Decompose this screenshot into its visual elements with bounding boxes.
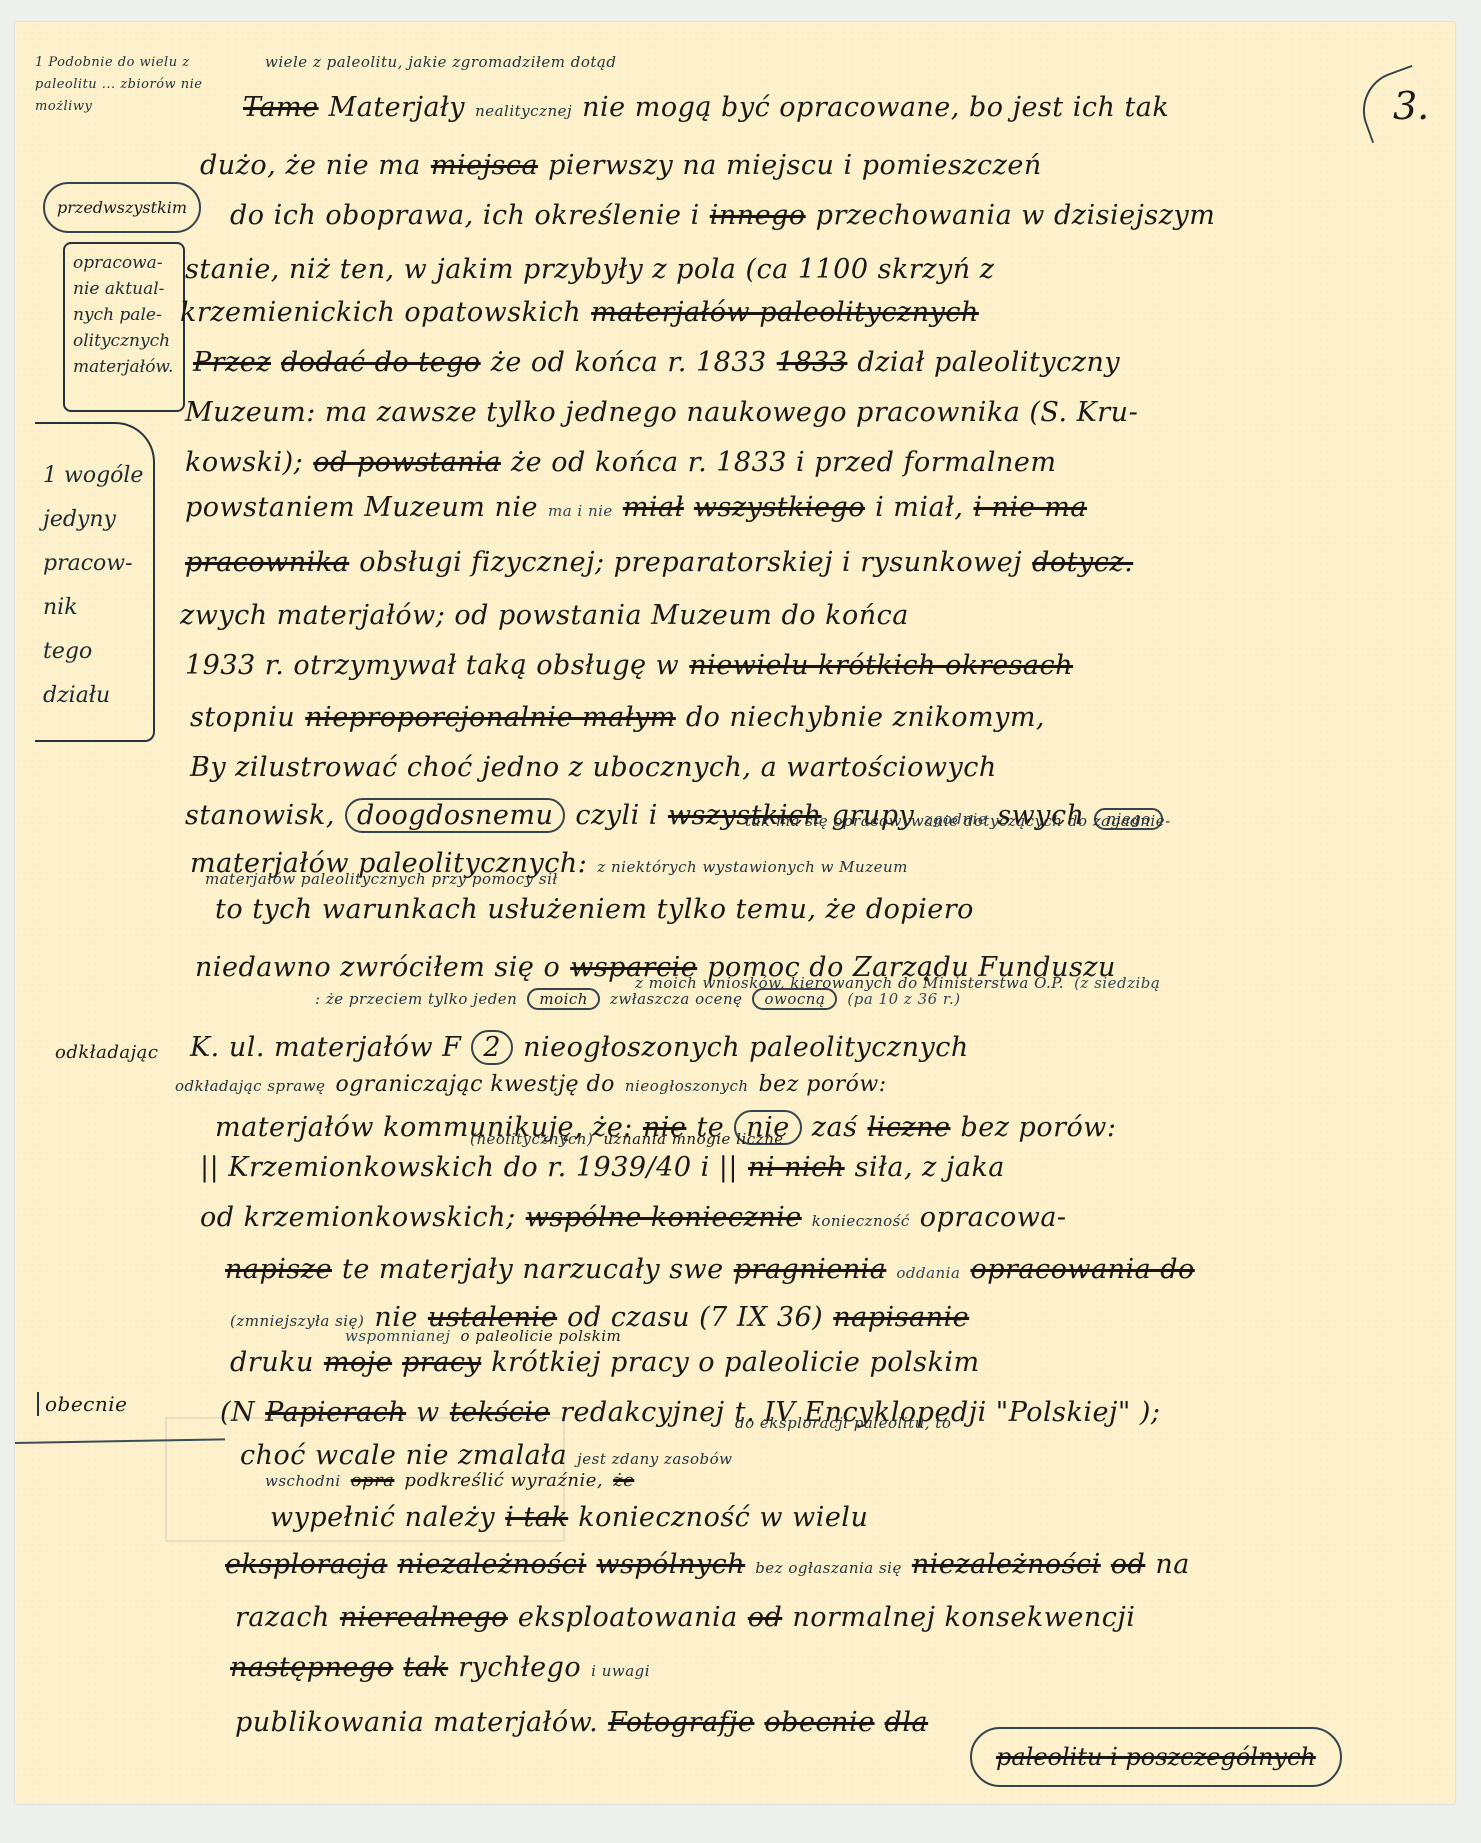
struck-text: i nie ma	[973, 492, 1087, 523]
circled-text: owocną	[752, 988, 837, 1010]
struck-text: tak	[403, 1652, 448, 1683]
line-text: || Krzemionkowskich do r. 1939/40 i ||	[200, 1152, 738, 1183]
line-text: redakcyjnej	[560, 1397, 725, 1428]
line-text: eksploatowania	[518, 1602, 738, 1633]
margin-box-opracowanie: opracowa- nie aktual- nych pale- olitycz…	[63, 242, 185, 412]
line-text: że od końca r. 1833 i przed formalnem	[511, 447, 1057, 478]
line-text: pierwszy na miejscu i pomieszczeń	[548, 150, 1042, 181]
manuscript-line: By zilustrować choć jedno z ubocznych, a…	[190, 752, 1007, 783]
manuscript-line: następnegotakrychłegoi uwagi	[230, 1652, 660, 1683]
margin-line: olitycznych	[73, 328, 175, 354]
line-text: stanowisk,	[185, 800, 335, 831]
line-text: druku	[230, 1347, 314, 1378]
margin-line: działu	[43, 674, 145, 718]
line-text: (z siedzibą	[1074, 974, 1160, 992]
circled-text: doogdosnemu	[345, 798, 565, 833]
line-text: że od końca r. 1833	[491, 347, 767, 378]
manuscript-line: od krzemionkowskich;wspólne koniecznieko…	[200, 1202, 1077, 1233]
line-text: stopniu	[190, 702, 295, 733]
line-text: oddania	[896, 1264, 960, 1282]
manuscript-line: 1933 r. otrzymywał taką obsługę wniewiel…	[185, 650, 1083, 681]
line-text: : że przeciem tylko jeden	[315, 990, 517, 1008]
struck-text: Tame	[243, 92, 319, 123]
struck-text: dotycz.	[1032, 547, 1133, 578]
manuscript-line: Muzeum: ma zawsze tylko jednego naukoweg…	[185, 397, 1148, 428]
line-text: dział paleolityczny	[857, 347, 1120, 378]
manuscript-line: krzemienickich opatowskichmaterjałów pal…	[180, 297, 989, 328]
manuscript-line: : że przeciem tylko jedenmoichzwłaszcza …	[315, 990, 971, 1008]
struck-text: moje	[324, 1347, 392, 1378]
struck-text: wszystkiego	[694, 492, 865, 523]
struck-text: niezależności	[397, 1549, 586, 1580]
struck-text: Przez	[193, 347, 271, 378]
manuscript-line: stopniunieproporcjonalnie małymdo niechy…	[190, 702, 1055, 733]
line-text: kowski);	[185, 447, 303, 478]
manuscript-line: tak ma się opracowywanie dotyczących do …	[745, 812, 1181, 830]
struck-text: miejsca	[431, 150, 538, 181]
margin-line: nych pale-	[73, 302, 175, 328]
margin-line: materjałów.	[73, 354, 175, 380]
struck-text: napisze	[225, 1254, 332, 1285]
line-text: od krzemionkowskich;	[200, 1202, 516, 1233]
line-text: jest zdany zasobów	[577, 1450, 732, 1468]
manuscript-line: do ich oboprawa, ich określenie iinnegop…	[230, 200, 1225, 231]
manuscript-line: drukumojepracykrótkiej pracy o paleolici…	[230, 1347, 990, 1378]
line-text: bez ogłaszania się	[755, 1559, 902, 1577]
margin-note-obecnie: obecnie	[37, 1392, 128, 1416]
bottom-circled-note-text: paleolitu i poszczególnych	[996, 1743, 1316, 1771]
margin-line: 1 wogóle	[43, 454, 145, 498]
manuscript-line: || Krzemionkowskich do r. 1939/40 i ||ni…	[200, 1152, 1015, 1183]
struck-text: pracy	[402, 1347, 481, 1378]
line-text: krzemienickich opatowskich	[180, 297, 581, 328]
circled-text: moich	[527, 988, 600, 1010]
line-text: krótkiej pracy o paleolicie polskim	[491, 1347, 979, 1378]
manuscript-line: wiele z paleolitu, jakie zgromadziłem do…	[265, 52, 626, 72]
manuscript-line: razachnierealnegoeksploatowaniaodnormaln…	[235, 1602, 1145, 1633]
manuscript-line: to tych warunkach usłużeniem tylko temu,…	[215, 894, 984, 925]
manuscript-line: TameMaterjałynealitycznejnie mogą być op…	[243, 92, 1179, 123]
manuscript-line: pracownikaobsługi fizycznej; preparators…	[185, 547, 1143, 578]
line-text: zaś	[812, 1112, 858, 1143]
struck-text: 1833	[777, 347, 848, 378]
line-text: siła, z jaka	[855, 1152, 1005, 1183]
struck-text: od	[748, 1602, 783, 1633]
line-text: czyli i	[575, 800, 658, 831]
line-text: zwych materjałów; od powstania Muzeum do…	[180, 600, 909, 631]
manuscript-line: choć wcale nie zmalałajest zdany zasobów	[240, 1440, 743, 1471]
line-text: nieogłoszonych	[625, 1077, 749, 1095]
line-text: o paleolicie polskim	[460, 1327, 621, 1345]
line-text: normalnej konsekwencji	[792, 1602, 1135, 1633]
line-text: wspomnianej	[345, 1327, 450, 1345]
line-text: razach	[235, 1602, 330, 1633]
manuscript-line: napiszete materjały narzucały swepragnie…	[225, 1254, 1205, 1285]
margin-line: jedyny	[43, 498, 145, 542]
struck-text: niezależności	[912, 1549, 1101, 1580]
line-text: dużo, że nie ma	[200, 150, 421, 181]
struck-text: niewielu krótkich okresach	[689, 650, 1073, 681]
line-text: odkładając sprawę	[175, 1077, 325, 1095]
struck-text: opracowania do	[970, 1254, 1194, 1285]
line-text: wschodni	[265, 1472, 341, 1490]
line-text: uznania mnogie liczne	[603, 1130, 783, 1148]
line-text: ma i nie	[548, 502, 613, 520]
line-text: Muzeum: ma zawsze tylko jednego naukoweg…	[185, 397, 1138, 428]
line-text: do niechybnie znikomym,	[686, 702, 1045, 733]
line-text: (N	[220, 1397, 255, 1428]
line-text: materjałów paleolitycznych przy pomocy s…	[205, 870, 558, 888]
line-text: bez porów:	[759, 1072, 887, 1097]
struck-text: wspólnych	[596, 1549, 745, 1580]
struck-text: tekście	[450, 1397, 550, 1428]
struck-text: eksploracja	[225, 1549, 387, 1580]
line-text: wiele z paleolitu, jakie zgromadziłem do…	[265, 53, 616, 71]
manuscript-line: kowski);od powstaniaże od końca r. 1833 …	[185, 447, 1066, 478]
line-text: nealitycznej	[475, 102, 572, 120]
line-text: konieczność	[812, 1212, 910, 1230]
line-text: przechowania w dzisiejszym	[816, 200, 1216, 231]
circled-text: 2	[471, 1030, 513, 1065]
line-text: tak ma się opracowywanie dotyczących do …	[745, 812, 1171, 830]
struck-text: materjałów paleolitycznych	[591, 297, 979, 328]
manuscript-line: powstaniem Muzeum niema i niemiałwszystk…	[185, 492, 1097, 523]
margin-line: nie aktual-	[73, 276, 175, 302]
margin-box-jedyny: 1 wogóle jedyny pracow- nik tego działu	[35, 422, 155, 742]
struck-text: pragnienia	[734, 1254, 887, 1285]
manuscript-line: zwych materjałów; od powstania Muzeum do…	[180, 600, 919, 631]
line-text: niedawno zwróciłem się o	[195, 952, 560, 983]
struck-text: obecnie	[764, 1707, 874, 1738]
line-text: do eksploracji paleolitu, to	[735, 1414, 951, 1432]
manuscript-sheet: 3. 1 Podobnie do wielu z paleolitu ... z…	[15, 22, 1455, 1804]
line-text: opracowa-	[920, 1202, 1067, 1233]
margin-note-odkladajac: odkładając	[55, 1042, 158, 1063]
struck-text: innego	[710, 200, 806, 231]
manuscript-line: do eksploracji paleolitu, to	[735, 1414, 961, 1432]
manuscript-line: stanie, niż ten, w jakim przybyły z pola…	[185, 254, 1004, 285]
struck-text: liczne	[867, 1112, 950, 1143]
struck-text: dla	[885, 1707, 929, 1738]
line-text: to tych warunkach usłużeniem tylko temu,…	[215, 894, 974, 925]
manuscript-line: wspomnianejo paleolicie polskim	[345, 1327, 631, 1345]
line-text: nieogłoszonych paleolitycznych	[523, 1032, 969, 1063]
manuscript-line: dużo, że nie mamiejscapierwszy na miejsc…	[200, 150, 1052, 181]
struck-text: pracownika	[185, 547, 349, 578]
line-text: publikowania materjałów.	[235, 1707, 598, 1738]
line-text: i miał,	[875, 492, 963, 523]
line-text: i uwagi	[591, 1662, 650, 1680]
manuscript-line: (neolitycznych)uznania mnogie liczne	[470, 1130, 794, 1148]
line-text: do ich oboprawa, ich określenie i	[230, 200, 700, 231]
margin-line: tego	[43, 630, 145, 674]
line-text: K. ul. materjałów F	[190, 1032, 461, 1063]
struck-text: ni nich	[748, 1152, 845, 1183]
struck-text: Fotografje	[608, 1707, 754, 1738]
line-text: Materjały	[329, 92, 465, 123]
struck-text: wspólne koniecznie	[526, 1202, 802, 1233]
margin-line: nik	[43, 586, 145, 630]
struck-text: dodać do tego	[281, 347, 481, 378]
manuscript-line: publikowania materjałów.Fotografjeobecni…	[235, 1707, 938, 1738]
margin-line: pracow-	[43, 542, 145, 586]
line-text: (neolitycznych)	[470, 1130, 593, 1148]
struck-text: od powstania	[313, 447, 501, 478]
struck-text: miał	[623, 492, 684, 523]
manuscript-line: K. ul. materjałów F2nieogłoszonych paleo…	[190, 1032, 979, 1063]
line-text: powstaniem Muzeum nie	[185, 492, 538, 523]
line-text: obsługi fizycznej; preparatorskiej i rys…	[359, 547, 1022, 578]
line-text: na	[1155, 1549, 1190, 1580]
line-text: te materjały narzucały swe	[342, 1254, 724, 1285]
struck-text: napisanie	[833, 1302, 969, 1333]
line-text: nie mogą być opracowane, bo jest ich tak	[582, 92, 1169, 123]
struck-text: od	[1111, 1549, 1146, 1580]
line-text: By zilustrować choć jedno z ubocznych, a…	[190, 752, 997, 783]
line-text: choć wcale nie zmalała	[240, 1440, 567, 1471]
line-text: rychłego	[458, 1652, 581, 1683]
bottom-circled-note: paleolitu i poszczególnych	[970, 1727, 1342, 1787]
margin-note-top-left: 1 Podobnie do wielu z paleolitu ... zbio…	[35, 52, 235, 118]
struck-text: opra	[351, 1470, 395, 1491]
manuscript-line: materjałów paleolitycznych przy pomocy s…	[205, 870, 568, 888]
manuscript-line: wypełnić należyi takkonieczność w wielu	[270, 1502, 878, 1533]
line-text: podkreślić wyraźnie,	[404, 1470, 603, 1491]
struck-text: i tak	[505, 1502, 568, 1533]
manuscript-line: odkładając sprawęograniczając kwestję do…	[175, 1072, 897, 1097]
line-text: konieczność w wielu	[578, 1502, 868, 1533]
struck-text: że	[613, 1470, 634, 1491]
struck-text: nierealnego	[340, 1602, 508, 1633]
line-text: z niektórych wystawionych w Muzeum	[597, 858, 908, 876]
line-text: zwłaszcza ocenę	[610, 990, 743, 1008]
struck-text: Papierach	[265, 1397, 406, 1428]
manuscript-line: (NPapierachwtekścieredakcyjnejt. IV Ency…	[220, 1397, 1171, 1428]
manuscript-line: Przezdodać do tegoże od końca r. 1833183…	[193, 347, 1130, 378]
margin-note-przedwszystkim: przedwszystkim	[43, 182, 201, 233]
line-text: w	[416, 1397, 440, 1428]
struck-text: następnego	[230, 1652, 393, 1683]
line-text: wypełnić należy	[270, 1502, 495, 1533]
line-text: stanie, niż ten, w jakim przybyły z pola…	[185, 254, 994, 285]
line-text: ograniczając kwestję do	[335, 1072, 614, 1097]
line-text: bez porów:	[960, 1112, 1116, 1143]
line-text: 1933 r. otrzymywał taką obsługę w	[185, 650, 679, 681]
manuscript-line: wschodnioprapodkreślić wyraźnie,że	[265, 1470, 644, 1491]
margin-line: opracowa-	[73, 250, 175, 276]
page-number: 3.	[1393, 84, 1429, 128]
manuscript-line: eksploracjaniezależnościwspólnychbez ogł…	[225, 1549, 1200, 1580]
line-text: (pa 10 z 36 r.)	[847, 990, 960, 1008]
struck-text: nieproporcjonalnie małym	[305, 702, 676, 733]
